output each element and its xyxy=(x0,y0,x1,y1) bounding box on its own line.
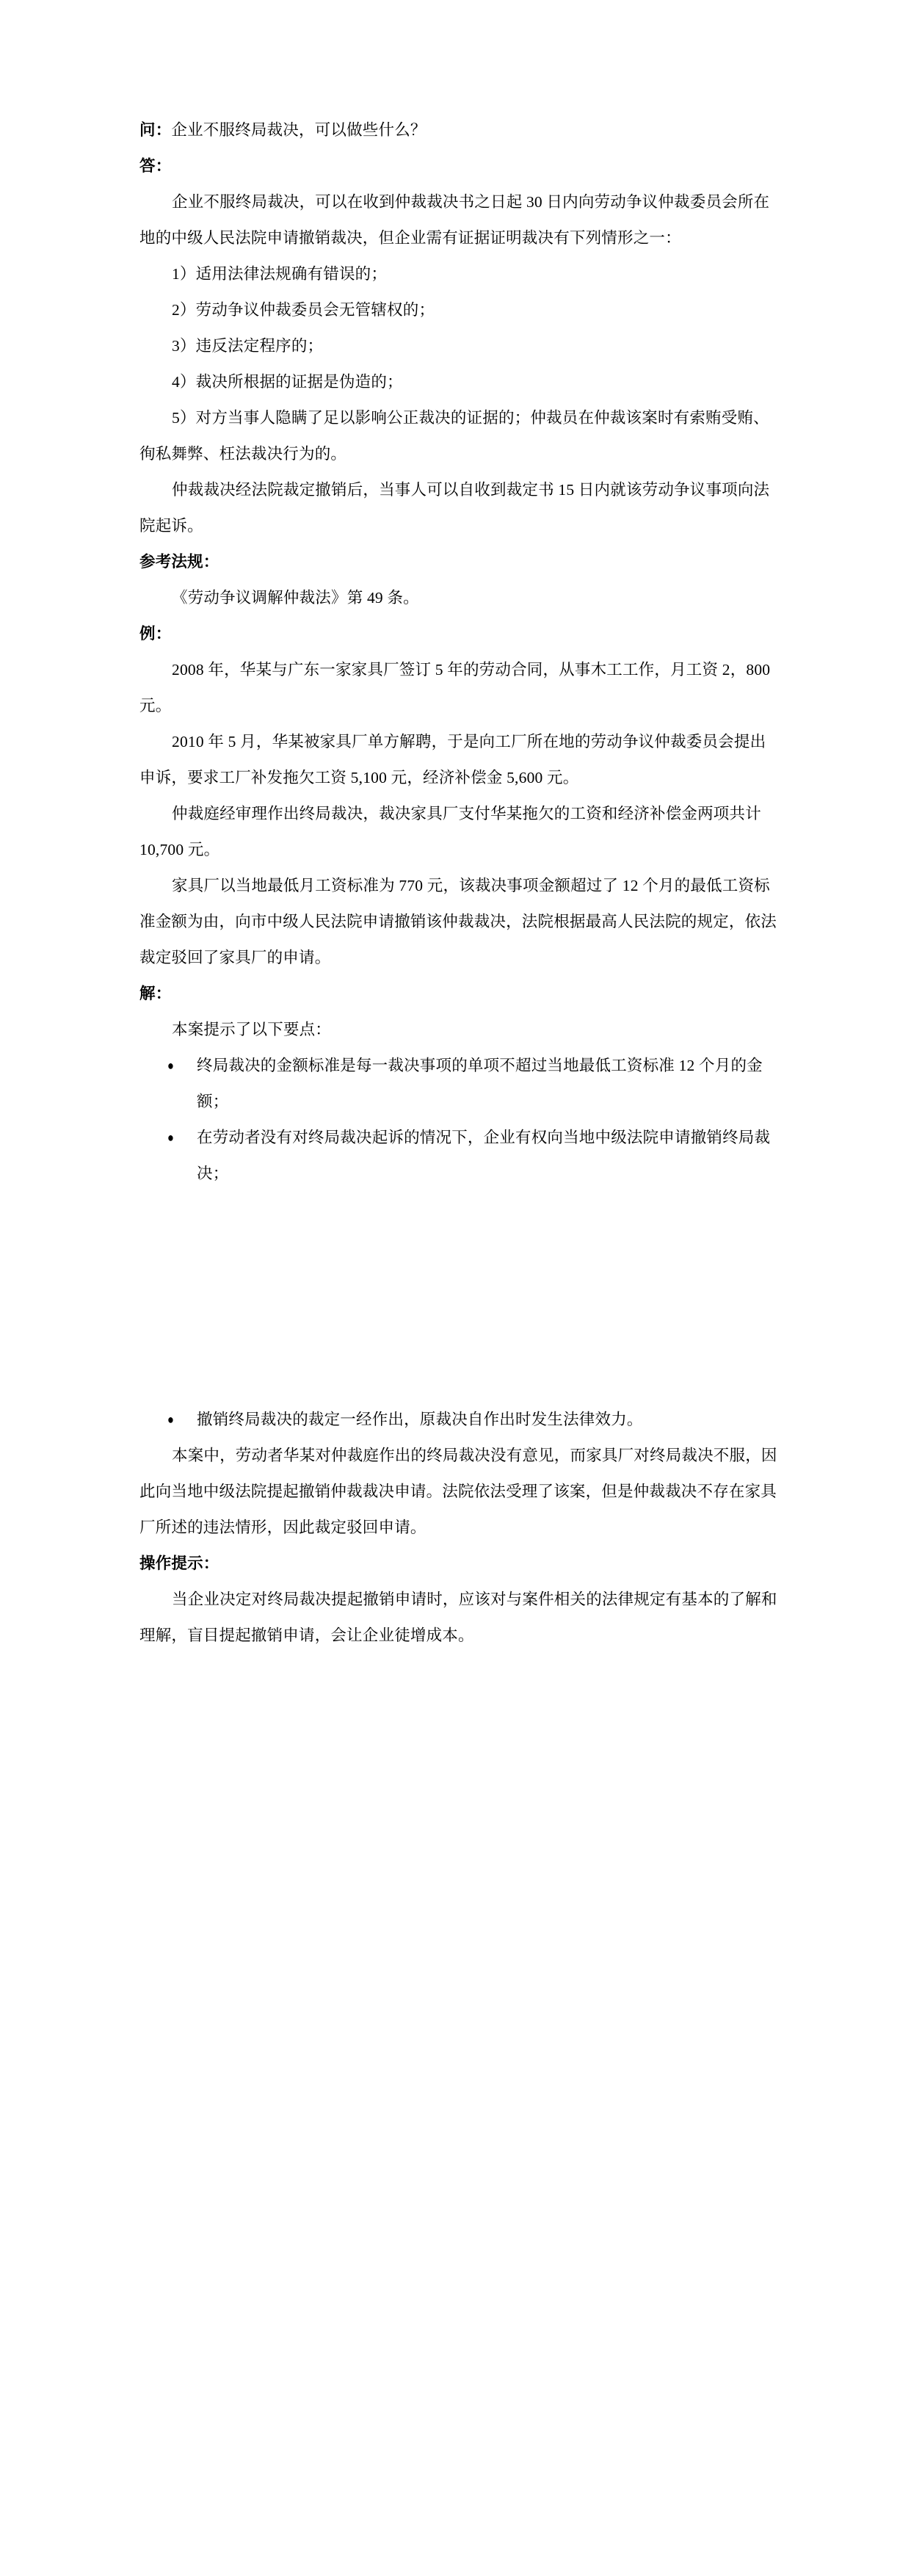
answer-list-item-5-cont: 徇私舞弊、枉法裁决行为的。 xyxy=(139,444,346,464)
example-paragraph-line: 元。 xyxy=(139,696,171,716)
answer-list-item-5: 5）对方当事人隐瞒了足以影响公正裁决的证据的；仲裁员在仲裁该案时有索贿受贿、 xyxy=(172,408,769,428)
body-text: 3）违反法定程序的； xyxy=(172,337,323,355)
answer-paragraph-line: 仲裁裁决经法院裁定撤销后，当事人可以自收到裁定书 15 日内就该劳动争议事项向法 xyxy=(172,480,769,500)
heading-text: 操作提示： xyxy=(139,1555,219,1572)
answer-heading-line: 答： xyxy=(139,156,171,176)
body-text: 终局裁决的金额标准是每一裁决事项的单项不超过当地最低工资标准 12 个月的金 xyxy=(197,1057,763,1074)
heading-text: 答： xyxy=(139,157,171,175)
example-paragraph-line: 仲裁庭经审理作出终局裁决，裁决家具厂支付华某拖欠的工资和经济补偿金两项共计 xyxy=(172,804,761,824)
body-text: 地的中级人民法院申请撤销裁决，但企业需有证据证明裁决有下列情形之一： xyxy=(139,229,681,247)
example-paragraph-line: 裁定驳回了家具厂的申请。 xyxy=(139,948,330,968)
body-text: 裁定驳回了家具厂的申请。 xyxy=(139,949,330,966)
body-text: 准金额为由，向市中级人民法院申请撤销该仲裁裁决，法院根据最高人民法院的规定，依法 xyxy=(139,913,777,930)
body-text: 2）劳动争议仲裁委员会无管辖权的； xyxy=(172,301,435,319)
body-text: 本案提示了以下要点： xyxy=(172,1021,331,1038)
body-text: 2010 年 5 月，华某被家具厂单方解聘，于是向工厂所在地的劳动争议仲裁委员会… xyxy=(172,733,766,750)
analysis-bullet-3: ●撤销终局裁决的裁定一经作出，原裁决自作出时发生法律效力。 xyxy=(197,1410,643,1430)
analysis-paragraph-line: 此向当地中级法院提起撤销仲裁裁决申请。法院依法受理了该案，但是仲裁裁决不存在家具 xyxy=(139,1482,777,1502)
body-text: 当企业决定对终局裁决提起撤销申请时，应该对与案件相关的法律规定有基本的了解和 xyxy=(172,1591,777,1608)
answer-paragraph-line: 地的中级人民法院申请撤销裁决，但企业需有证据证明裁决有下列情形之一： xyxy=(139,228,681,248)
analysis-bullet-2: ●在劳动者没有对终局裁决起诉的情况下，企业有权向当地中级法院申请撤销终局裁 xyxy=(197,1128,770,1148)
example-heading-line: 例： xyxy=(139,624,171,644)
answer-list-item-4: 4）裁决所根据的证据是伪造的； xyxy=(172,372,403,392)
body-text: 仲裁庭经审理作出终局裁决，裁决家具厂支付华某拖欠的工资和经济补偿金两项共计 xyxy=(172,805,761,822)
tips-paragraph-line: 理解，盲目提起撤销申请，会让企业徒增成本。 xyxy=(139,1626,474,1646)
bullet-icon: ● xyxy=(167,1410,174,1430)
tips-heading-line: 操作提示： xyxy=(139,1554,219,1574)
body-text: 仲裁裁决经法院裁定撤销后，当事人可以自收到裁定书 15 日内就该劳动争议事项向法 xyxy=(172,481,769,499)
body-text: 《劳动争议调解仲裁法》第 49 条。 xyxy=(172,589,419,607)
body-text: 理解，盲目提起撤销申请，会让企业徒增成本。 xyxy=(139,1627,474,1644)
analysis-bullet-2-cont: 决； xyxy=(197,1164,228,1184)
analysis-intro-line: 本案提示了以下要点： xyxy=(172,1020,331,1040)
body-text: 本案中，劳动者华某对仲裁庭作出的终局裁决没有意见，而家具厂对终局裁决不服，因 xyxy=(172,1447,777,1464)
document-canvas: 问：企业不服终局裁决，可以做些什么？答：企业不服终局裁决，可以在收到仲裁裁决书之… xyxy=(0,0,911,2576)
answer-list-item-1: 1）适用法律法规确有错误的； xyxy=(172,264,387,284)
answer-paragraph-line: 院起诉。 xyxy=(139,516,203,536)
example-paragraph-line: 申诉，要求工厂补发拖欠工资 5,100 元，经济补偿金 5,600 元。 xyxy=(139,768,578,788)
body-text: 厂所述的违法情形，因此裁定驳回申请。 xyxy=(139,1519,427,1536)
bullet-icon: ● xyxy=(167,1056,174,1076)
heading-text: 参考法规： xyxy=(139,553,219,571)
analysis-heading-line: 解： xyxy=(139,984,171,1004)
tips-paragraph-line: 当企业决定对终局裁决提起撤销申请时，应该对与案件相关的法律规定有基本的了解和 xyxy=(172,1590,777,1610)
body-text: 额； xyxy=(197,1093,228,1110)
heading-text: 解： xyxy=(139,985,171,1002)
reference-heading-line: 参考法规： xyxy=(139,552,219,572)
heading-text: 例： xyxy=(139,625,171,643)
body-text: 企业不服终局裁决，可以在收到仲裁裁决书之日起 30 日内向劳动争议仲裁委员会所在 xyxy=(172,193,769,211)
analysis-bullet-1: ●终局裁决的金额标准是每一裁决事项的单项不超过当地最低工资标准 12 个月的金 xyxy=(197,1056,763,1076)
body-text: 申诉，要求工厂补发拖欠工资 5,100 元，经济补偿金 5,600 元。 xyxy=(139,769,578,786)
body-text: 院起诉。 xyxy=(139,517,203,535)
body-text: 此向当地中级法院提起撤销仲裁裁决申请。法院依法受理了该案，但是仲裁裁决不存在家具 xyxy=(139,1483,777,1500)
example-paragraph-line: 准金额为由，向市中级人民法院申请撤销该仲裁裁决，法院根据最高人民法院的规定，依法 xyxy=(139,912,777,932)
example-paragraph-line: 10,700 元。 xyxy=(139,840,219,860)
body-text: 企业不服终局裁决，可以做些什么？ xyxy=(171,121,426,139)
bullet-icon: ● xyxy=(167,1128,174,1148)
body-text: 决； xyxy=(197,1165,228,1182)
question-heading-line: 问：企业不服终局裁决，可以做些什么？ xyxy=(139,120,427,140)
answer-list-item-2: 2）劳动争议仲裁委员会无管辖权的； xyxy=(172,300,435,320)
analysis-paragraph-line: 本案中，劳动者华某对仲裁庭作出的终局裁决没有意见，而家具厂对终局裁决不服，因 xyxy=(172,1446,777,1466)
body-text: 元。 xyxy=(139,697,171,714)
body-text: 家具厂以当地最低月工资标准为 770 元，该裁决事项金额超过了 12 个月的最低… xyxy=(172,877,770,894)
body-text: 10,700 元。 xyxy=(139,841,219,858)
example-paragraph-line: 家具厂以当地最低月工资标准为 770 元，该裁决事项金额超过了 12 个月的最低… xyxy=(172,876,770,896)
body-text: 2008 年，华某与广东一家家具厂签订 5 年的劳动合同，从事木工工作，月工资 … xyxy=(172,661,770,679)
body-text: 5）对方当事人隐瞒了足以影响公正裁决的证据的；仲裁员在仲裁该案时有索贿受贿、 xyxy=(172,409,769,427)
answer-list-item-3: 3）违反法定程序的； xyxy=(172,336,323,356)
body-text: 在劳动者没有对终局裁决起诉的情况下，企业有权向当地中级法院申请撤销终局裁 xyxy=(197,1129,770,1146)
body-text: 撤销终局裁决的裁定一经作出，原裁决自作出时发生法律效力。 xyxy=(197,1411,643,1428)
body-text: 1）适用法律法规确有错误的； xyxy=(172,265,387,283)
analysis-bullet-1-cont: 额； xyxy=(197,1092,228,1112)
example-paragraph-line: 2008 年，华某与广东一家家具厂签订 5 年的劳动合同，从事木工工作，月工资 … xyxy=(172,660,770,680)
body-text: 徇私舞弊、枉法裁决行为的。 xyxy=(139,445,346,463)
reference-body-line: 《劳动争议调解仲裁法》第 49 条。 xyxy=(172,588,419,608)
body-text: 4）裁决所根据的证据是伪造的； xyxy=(172,373,403,391)
answer-paragraph-line: 企业不服终局裁决，可以在收到仲裁裁决书之日起 30 日内向劳动争议仲裁委员会所在 xyxy=(172,192,769,212)
heading-text: 问： xyxy=(139,121,171,139)
example-paragraph-line: 2010 年 5 月，华某被家具厂单方解聘，于是向工厂所在地的劳动争议仲裁委员会… xyxy=(172,732,766,752)
analysis-paragraph-line: 厂所述的违法情形，因此裁定驳回申请。 xyxy=(139,1518,427,1538)
